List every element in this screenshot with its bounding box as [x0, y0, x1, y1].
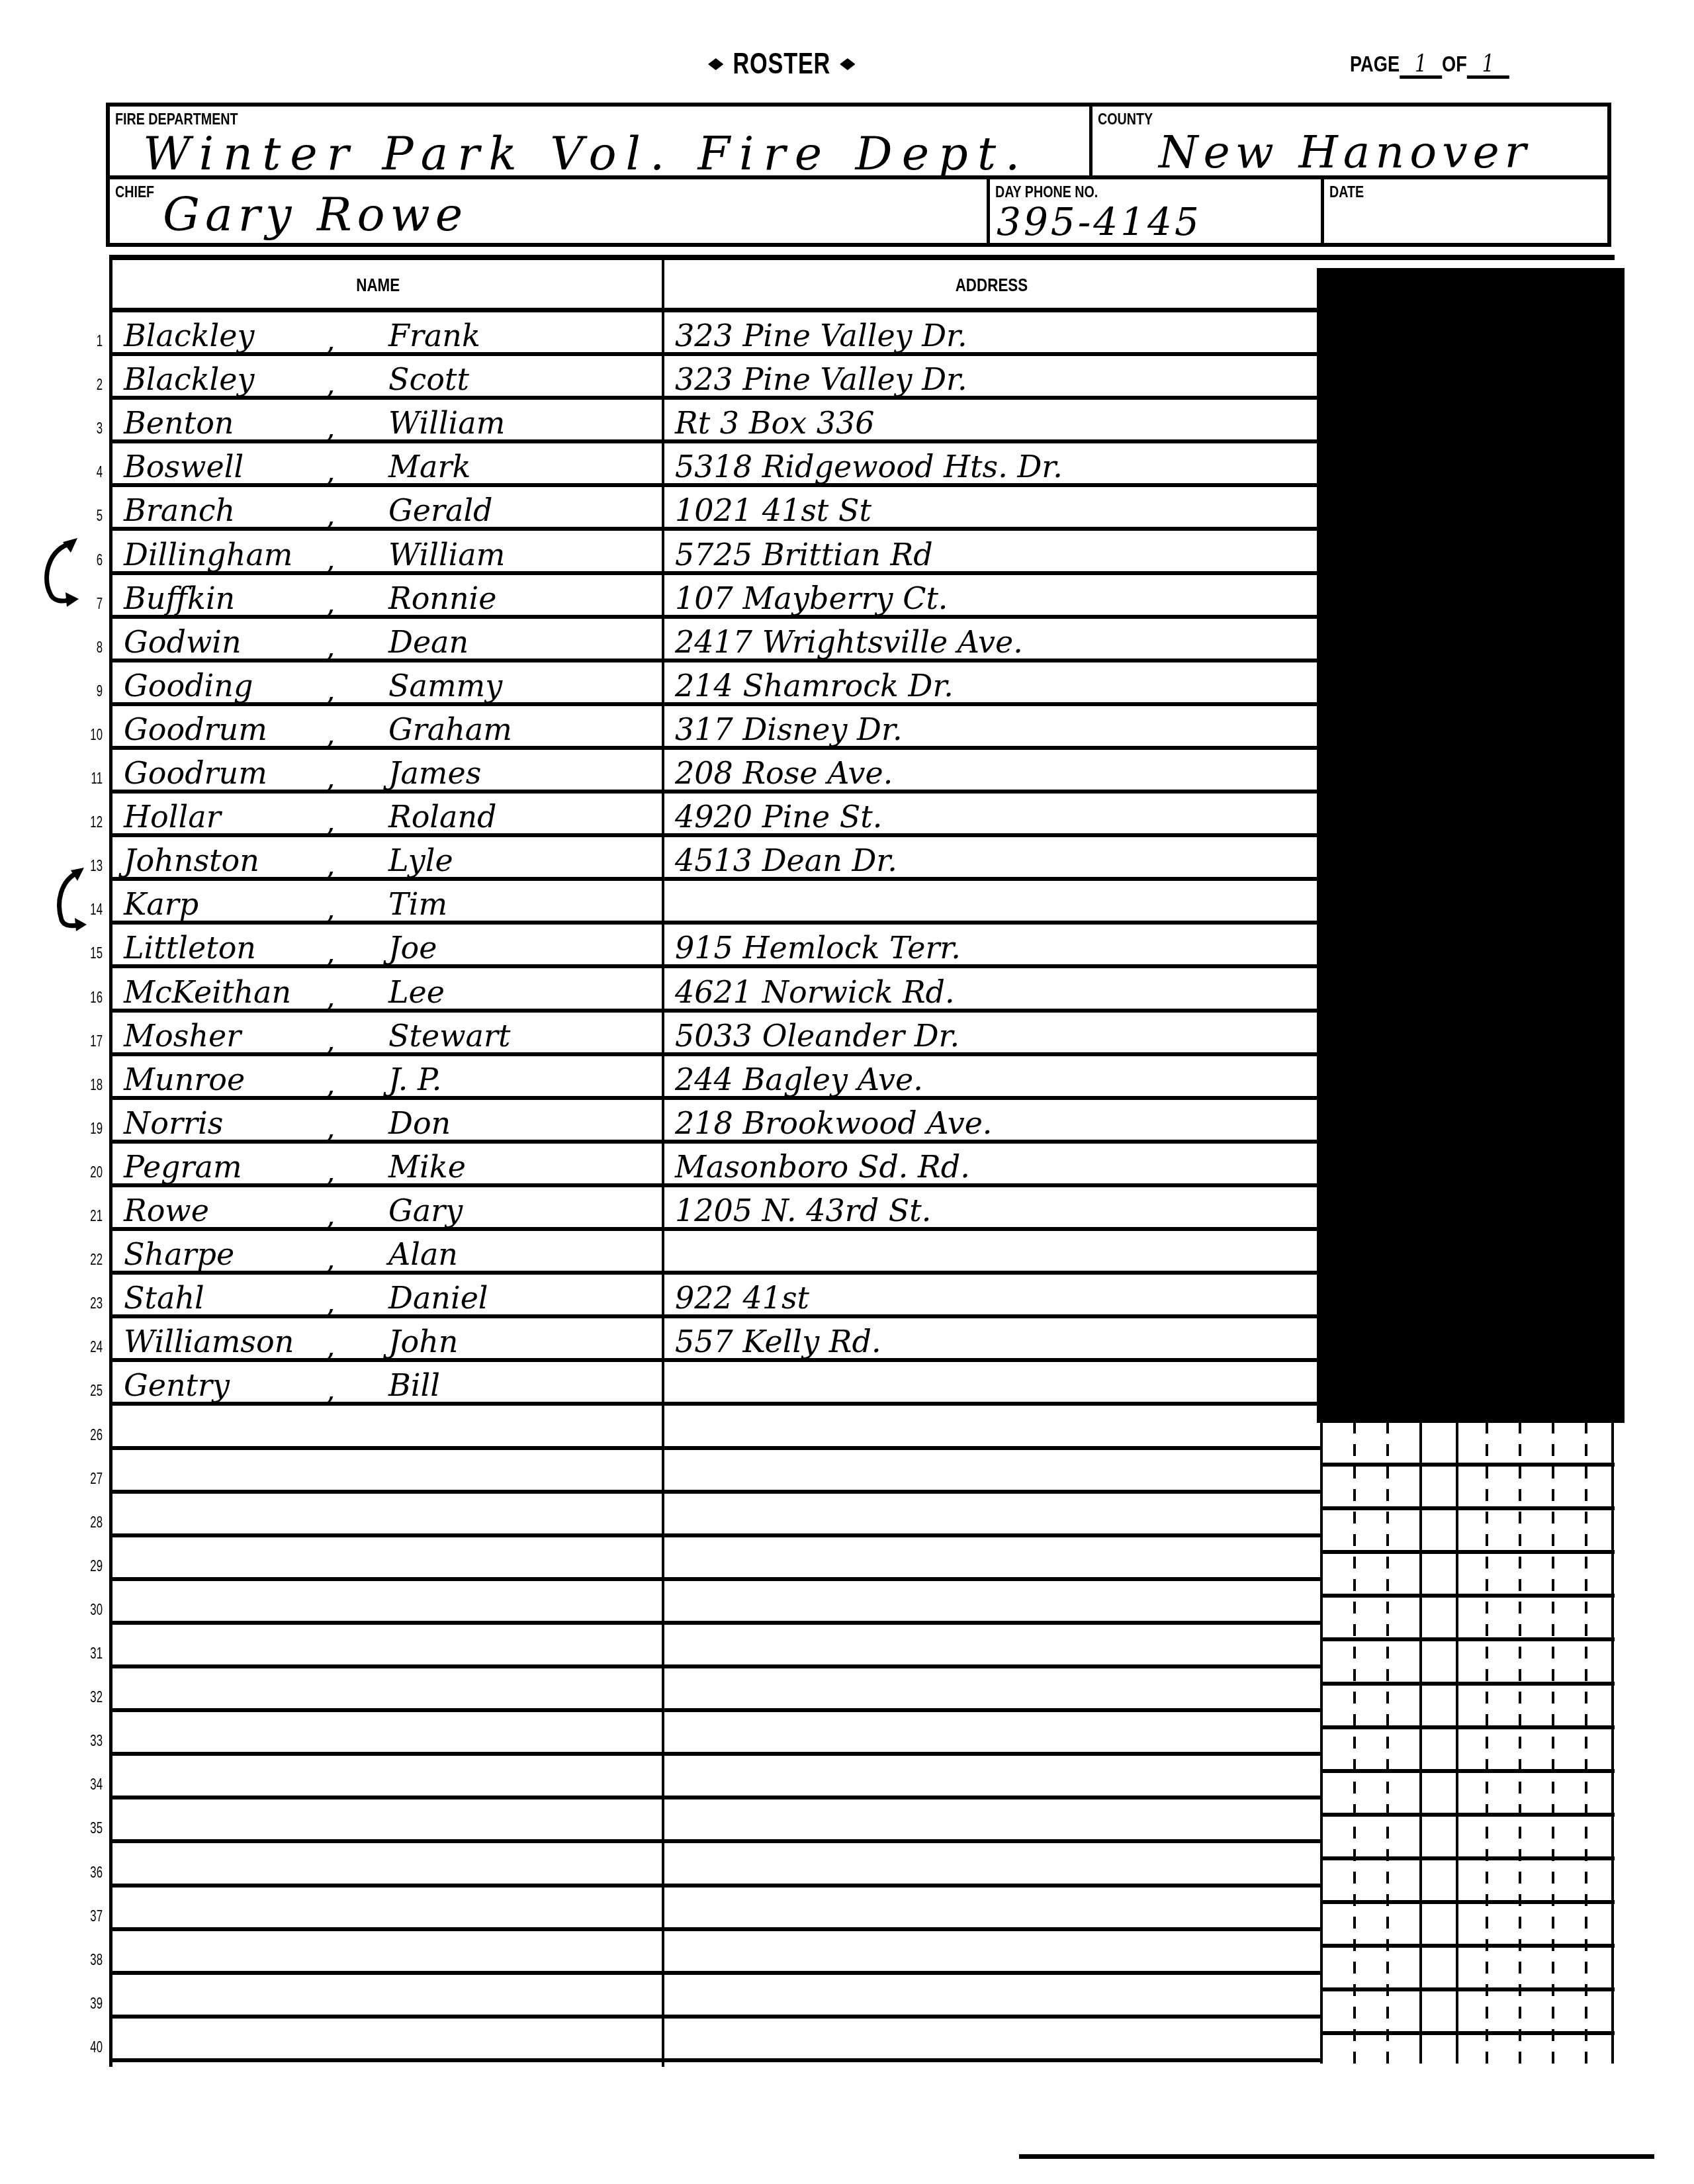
table-row: 3Benton,WilliamRt 3 Box 336 [109, 400, 1320, 443]
table-row: 30 [109, 1581, 1320, 1625]
table-row: 26 [109, 1406, 1320, 1450]
diamond-left-icon [708, 58, 723, 70]
row-rule [109, 396, 1320, 400]
row-number: 31 [80, 1645, 103, 1663]
name-cell[interactable]: Johnston,Lyle [124, 842, 259, 878]
row-rule [109, 1621, 1320, 1625]
table-row: 12Hollar,Roland4920 Pine St. [109, 794, 1320, 837]
page-total: 1 [1467, 53, 1509, 79]
first-name: William [388, 537, 505, 572]
row-number: 39 [80, 1995, 103, 2013]
first-name: Alan [388, 1236, 458, 1272]
last-name: Goodrum [124, 711, 267, 747]
name-cell[interactable]: Stahl,Daniel [124, 1280, 204, 1316]
tally-column-line [1320, 1422, 1323, 2064]
row-number: 37 [80, 1907, 103, 1926]
address-cell[interactable]: 1021 41st St [675, 492, 871, 528]
row-rule [109, 833, 1320, 837]
tally-row-rule [1320, 1594, 1615, 1598]
first-name: James [388, 755, 481, 791]
row-rule [109, 527, 1320, 531]
name-cell[interactable]: Goodrum,James [124, 755, 267, 791]
row-number: 15 [80, 944, 103, 963]
row-rule [109, 615, 1320, 619]
row-rule [109, 1884, 1320, 1888]
last-name: Boswell [124, 449, 244, 484]
form-title: ROSTER [708, 48, 856, 81]
first-name: Roland [388, 799, 497, 835]
table-row: 24Williamson,John557 Kelly Rd. [109, 1318, 1320, 1362]
first-name: Don [388, 1105, 451, 1141]
row-rule [109, 1096, 1320, 1100]
last-name: Buffkin [124, 580, 235, 616]
table-row: 20Pegram,MikeMasonboro Sd. Rd. [109, 1144, 1320, 1187]
tally-row-rule [1320, 1463, 1615, 1467]
table-row: 18Munroe,J. P.244 Bagley Ave. [109, 1056, 1320, 1100]
name-cell[interactable]: Rowe,Gary [124, 1193, 209, 1228]
address-cell[interactable]: 107 Mayberry Ct. [675, 580, 948, 616]
row-rule [109, 1927, 1320, 1931]
last-name: Karp [124, 886, 199, 922]
swap-arrow-6-7-icon [36, 533, 83, 612]
row-number: 30 [80, 1601, 103, 1619]
date-field: DATE [1324, 179, 1607, 243]
row-number: 34 [80, 1776, 103, 1794]
signature-line [1019, 2154, 1654, 2159]
last-name: Hollar [124, 799, 221, 835]
tally-column-line [1486, 1422, 1488, 2064]
address-cell[interactable]: 5318 Ridgewood Hts. Dr. [675, 449, 1063, 484]
first-name: William [388, 405, 505, 441]
last-name: Pegram [124, 1149, 242, 1185]
row-rule [109, 1752, 1320, 1756]
last-name: Mosher [124, 1018, 241, 1054]
row-number: 6 [80, 551, 103, 570]
name-cell[interactable]: Williamson,John [124, 1324, 294, 1359]
row-rule [109, 702, 1320, 706]
name-cell[interactable]: Hollar,Roland [124, 799, 221, 835]
table-row: 14Karp,Tim [109, 881, 1320, 925]
row-number: 11 [80, 770, 103, 788]
table-row: 25Gentry,Bill [109, 1362, 1320, 1406]
table-row: 9Gooding,Sammy214 Shamrock Dr. [109, 662, 1320, 706]
table-row: 38 [109, 1931, 1320, 1975]
table-row: 29 [109, 1537, 1320, 1581]
table-row: 8Godwin,Dean2417 Wrightsville Ave. [109, 619, 1320, 662]
row-number: 7 [80, 595, 103, 614]
tally-row-rule [1320, 1769, 1615, 1773]
tally-column-line [1519, 1422, 1521, 2064]
tally-column-line [1353, 1422, 1356, 2064]
row-number: 9 [80, 682, 103, 701]
row-number: 16 [80, 989, 103, 1007]
table-row: 32 [109, 1668, 1320, 1712]
name-cell[interactable]: Godwin,Dean [124, 624, 242, 660]
name-cell[interactable]: Gentry,Bill [124, 1367, 230, 1403]
table-row: 35 [109, 1799, 1320, 1843]
last-name: Rowe [124, 1193, 209, 1228]
last-name: Gooding [124, 668, 253, 704]
row-number: 20 [80, 1163, 103, 1182]
first-name: Tim [388, 886, 447, 922]
tally-row-rule [1320, 1856, 1615, 1860]
row-rule [109, 2058, 1320, 2062]
name-cell[interactable]: Benton,William [124, 405, 234, 441]
tally-column-line [1386, 1422, 1389, 2064]
row-number: 26 [80, 1426, 103, 1445]
row-number: 33 [80, 1732, 103, 1751]
address-cell[interactable]: Rt 3 Box 336 [675, 405, 875, 441]
row-number: 32 [80, 1688, 103, 1707]
address-cell[interactable]: 922 41st [675, 1280, 809, 1316]
row-number: 8 [80, 639, 103, 657]
first-name: Joe [388, 930, 437, 966]
row-rule [109, 439, 1320, 443]
table-row: 16McKeithan,Lee4621 Norwick Rd. [109, 969, 1320, 1013]
address-cell[interactable]: 214 Shamrock Dr. [675, 668, 954, 704]
row-rule [109, 1971, 1320, 1975]
row-number: 36 [80, 1864, 103, 1882]
tally-column-line [1456, 1422, 1458, 2064]
first-name: Graham [388, 711, 512, 747]
row-rule [109, 659, 1320, 662]
row-number: 10 [80, 726, 103, 745]
last-name: Williamson [124, 1324, 294, 1359]
row-number: 27 [80, 1470, 103, 1488]
row-rule [109, 352, 1320, 356]
header-underline [109, 308, 1320, 312]
address-cell[interactable]: 557 Kelly Rd. [675, 1324, 881, 1359]
last-name: Blackley [124, 361, 255, 397]
row-rule [109, 1402, 1320, 1406]
address-cell[interactable]: 323 Pine Valley Dr. [675, 318, 967, 353]
address-cell[interactable]: 5725 Brittian Rd [675, 537, 933, 572]
row-rule [109, 921, 1320, 925]
last-name: Dillingham [124, 537, 292, 572]
name-cell[interactable]: Branch,Gerald [124, 492, 235, 528]
page-indicator: PAGE1OF1 [1350, 52, 1509, 79]
name-cell[interactable]: Sharpe,Alan [124, 1236, 234, 1272]
table-row: 39 [109, 1975, 1320, 2019]
table-row: 6Dillingham,William5725 Brittian Rd [109, 531, 1320, 575]
row-number: 29 [80, 1557, 103, 1576]
address-cell[interactable]: 4513 Dean Dr. [675, 842, 897, 878]
tally-row-rule [1320, 1813, 1615, 1817]
table-row: 22Sharpe,Alan [109, 1231, 1320, 1275]
name-cell[interactable]: Mosher,Stewart [124, 1018, 241, 1054]
name-cell[interactable]: Karp,Tim [124, 886, 199, 922]
row-rule [109, 1577, 1320, 1581]
table-row: 37 [109, 1888, 1320, 1931]
table-row: 10Goodrum,Graham317 Disney Dr. [109, 706, 1320, 750]
tally-row-rule [1320, 1550, 1615, 1554]
tally-column-line [1585, 1422, 1587, 2064]
row-rule [109, 964, 1320, 968]
row-number: 22 [80, 1251, 103, 1269]
first-name: Ronnie [388, 580, 497, 616]
tally-column-line [1552, 1422, 1554, 2064]
tally-column-line [1611, 1422, 1614, 2064]
table-row: 27 [109, 1450, 1320, 1494]
header-box: FIRE DEPARTMENT Winter Park Vol. Fire De… [106, 103, 1611, 247]
table-row: 19Norris,Don218 Brookwood Ave. [109, 1100, 1320, 1144]
day-phone-field: DAY PHONE NO. 395-4145 [990, 179, 1324, 243]
address-cell[interactable]: 218 Brookwood Ave. [675, 1105, 993, 1141]
last-name: Gentry [124, 1367, 230, 1403]
last-name: Benton [124, 405, 234, 441]
row-rule [109, 2015, 1320, 2019]
table-row: 4Boswell,Mark5318 Ridgewood Hts. Dr. [109, 443, 1320, 487]
address-cell[interactable]: 244 Bagley Ave. [675, 1062, 923, 1097]
row-number: 3 [80, 420, 103, 438]
table-row: 17Mosher,Stewart5033 Oleander Dr. [109, 1013, 1320, 1056]
first-name: Sammy [388, 668, 502, 704]
address-cell[interactable]: 4621 Norwick Rd. [675, 974, 955, 1010]
fire-department-value: Winter Park Vol. Fire Dept. [143, 126, 1029, 181]
last-name: Blackley [124, 318, 255, 353]
first-name: Lyle [388, 842, 453, 878]
row-rule [109, 1839, 1320, 1843]
table-row: 33 [109, 1712, 1320, 1756]
row-rule [109, 1227, 1320, 1231]
row-number: 5 [80, 507, 103, 525]
table-row: 31 [109, 1625, 1320, 1668]
chief-field: CHIEF Gary Rowe [110, 179, 990, 243]
row-number: 40 [80, 2038, 103, 2057]
table-row: 28 [109, 1494, 1320, 1537]
address-cell[interactable]: 317 Disney Dr. [675, 711, 903, 747]
row-rule [109, 746, 1320, 750]
row-number: 21 [80, 1207, 103, 1226]
address-cell[interactable]: 208 Rose Ave. [675, 755, 893, 791]
name-cell[interactable]: Blackley,Frank [124, 318, 255, 353]
redacted-region [1317, 268, 1625, 1423]
address-cell[interactable]: 915 Hemlock Terr. [675, 930, 961, 966]
table-top-border [109, 255, 1615, 260]
row-number: 1 [80, 332, 103, 351]
last-name: Johnston [124, 842, 259, 878]
first-name: Frank [388, 318, 480, 353]
first-name: John [388, 1324, 458, 1359]
county-field: COUNTY New Hanover [1092, 107, 1607, 179]
name-cell[interactable]: Buffkin,Ronnie [124, 580, 235, 616]
first-name: Dean [388, 624, 468, 660]
row-rule [109, 1140, 1320, 1144]
first-name: Mike [388, 1149, 466, 1185]
last-name: Munroe [124, 1062, 245, 1097]
row-rule [109, 1664, 1320, 1668]
address-cell[interactable]: 2417 Wrightsville Ave. [675, 624, 1023, 660]
table-row: 11Goodrum,James208 Rose Ave. [109, 750, 1320, 794]
column-header-address: ADDRESS [956, 275, 1028, 296]
row-rule [109, 1708, 1320, 1712]
name-cell[interactable]: Blackley,Scott [124, 361, 255, 397]
row-rule [109, 1490, 1320, 1494]
name-cell[interactable]: Gooding,Sammy [124, 668, 253, 704]
last-name: Stahl [124, 1280, 204, 1316]
row-rule [109, 1796, 1320, 1799]
row-rule [109, 1358, 1320, 1362]
table-row: 5Branch,Gerald1021 41st St [109, 487, 1320, 531]
row-number: 4 [80, 463, 103, 482]
row-rule [109, 1183, 1320, 1187]
row-number: 24 [80, 1338, 103, 1357]
row-rule [109, 1533, 1320, 1537]
tally-row-rule [1320, 1725, 1615, 1729]
row-rule [109, 571, 1320, 575]
first-name: Mark [388, 449, 470, 484]
name-cell[interactable]: Dillingham,William [124, 537, 292, 572]
day-phone-value: 395-4145 [997, 199, 1202, 244]
address-cell[interactable]: 323 Pine Valley Dr. [675, 361, 967, 397]
first-name: Scott [388, 361, 469, 397]
table-row: 23Stahl,Daniel922 41st [109, 1275, 1320, 1318]
row-rule [109, 483, 1320, 487]
table-row: 7Buffkin,Ronnie107 Mayberry Ct. [109, 575, 1320, 619]
tally-row-rule [1320, 1944, 1615, 1948]
tally-columns [1320, 1422, 1615, 2064]
last-name: Sharpe [124, 1236, 234, 1272]
row-rule [109, 1314, 1320, 1318]
first-name: Gerald [388, 492, 493, 528]
first-name: Gary [388, 1193, 463, 1228]
last-name: Littleton [124, 930, 256, 966]
tally-row-rule [1320, 1637, 1615, 1641]
row-rule [109, 1271, 1320, 1275]
table-row: 15Littleton,Joe915 Hemlock Terr. [109, 925, 1320, 968]
county-value: New Hanover [1159, 126, 1531, 179]
row-rule [109, 1052, 1320, 1056]
first-name: Stewart [388, 1018, 511, 1054]
name-cell[interactable]: Goodrum,Graham [124, 711, 267, 747]
table-row: 13Johnston,Lyle4513 Dean Dr. [109, 837, 1320, 881]
last-name: Goodrum [124, 755, 267, 791]
row-number: 38 [80, 1951, 103, 1970]
last-name: McKeithan [124, 974, 291, 1010]
swap-arrow-13-14-icon [50, 864, 89, 943]
column-header-name: NAME [356, 275, 400, 296]
table-row: 2Blackley,Scott323 Pine Valley Dr. [109, 356, 1320, 400]
name-cell[interactable]: Norris,Don [124, 1105, 223, 1141]
row-rule [109, 877, 1320, 881]
row-number: 12 [80, 813, 103, 832]
row-rule [109, 1446, 1320, 1450]
row-number: 19 [80, 1120, 103, 1138]
diamond-right-icon [840, 58, 855, 70]
row-number: 2 [80, 376, 103, 394]
tally-row-rule [1320, 2031, 1615, 2035]
address-cell[interactable]: 4920 Pine St. [675, 799, 882, 835]
address-cell[interactable]: 5033 Oleander Dr. [675, 1018, 959, 1054]
first-name: Bill [388, 1367, 440, 1403]
table-row: 36 [109, 1844, 1320, 1888]
row-rule [109, 790, 1320, 794]
chief-value: Gary Rowe [163, 187, 468, 242]
last-name: Branch [124, 492, 235, 528]
name-cell[interactable]: Littleton,Joe [124, 930, 256, 966]
tally-row-rule [1320, 1987, 1615, 1991]
name-cell[interactable]: Pegram,Mike [124, 1149, 242, 1185]
name-cell[interactable]: Munroe,J. P. [124, 1062, 245, 1097]
first-name: J. P. [388, 1062, 441, 1097]
tally-column-line [1419, 1422, 1422, 2064]
table-row: 1Blackley,Frank323 Pine Valley Dr. [109, 312, 1320, 356]
tally-row-rule [1320, 1900, 1615, 1904]
first-name: Daniel [388, 1280, 488, 1316]
name-cell[interactable]: Boswell,Mark [124, 449, 244, 484]
table-row: 40 [109, 2019, 1320, 2062]
address-cell[interactable]: Masonboro Sd. Rd. [675, 1149, 970, 1185]
last-name: Godwin [124, 624, 242, 660]
row-rule [109, 1009, 1320, 1013]
fire-department-field: FIRE DEPARTMENT Winter Park Vol. Fire De… [110, 107, 1092, 179]
tally-row-rule [1320, 1682, 1615, 1686]
table-row: 34 [109, 1756, 1320, 1799]
last-name: Norris [124, 1105, 223, 1141]
first-name: Lee [388, 974, 445, 1010]
table-row: 21Rowe,Gary1205 N. 43rd St. [109, 1187, 1320, 1231]
form-title-text: ROSTER [733, 48, 830, 81]
row-number: 25 [80, 1382, 103, 1400]
row-number: 18 [80, 1076, 103, 1095]
address-cell[interactable]: 1205 N. 43rd St. [675, 1193, 931, 1228]
page-number: 1 [1400, 53, 1442, 79]
row-number: 23 [80, 1295, 103, 1313]
name-cell[interactable]: McKeithan,Lee [124, 974, 291, 1010]
row-number: 17 [80, 1032, 103, 1051]
row-number: 35 [80, 1819, 103, 1838]
tally-row-rule [1320, 1506, 1615, 1510]
row-number: 28 [80, 1514, 103, 1532]
